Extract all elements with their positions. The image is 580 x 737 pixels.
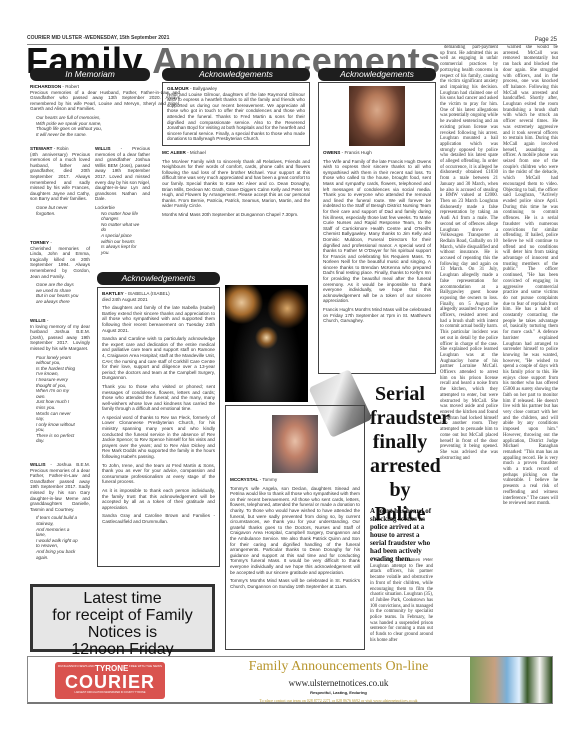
notice-torney: TORNEY -Cherished memories of Linda, Joh… xyxy=(30,240,90,305)
news-standfirst: A court has heard of shocking scenes as … xyxy=(370,507,433,563)
acknowledgements-heading-2: Acknowledgements xyxy=(97,272,220,285)
page-number: Page 25 xyxy=(535,37,557,43)
banner-photo xyxy=(470,657,552,703)
candle-photo xyxy=(225,285,308,402)
poem: Our hearts are full of memories,With pri… xyxy=(30,115,180,137)
notice-gilmour: GILMOUR - BallygawleyHeidi and Louise Gi… xyxy=(162,82,310,146)
acknowledgements-heading-3: Acknowledgements xyxy=(318,68,436,81)
notice-bartley: BARTLEY - ISABELLA (ISABEL) died 24th Au… xyxy=(97,287,220,567)
notice-mcaleer: MC ALEER - Michael The McAleer Family wi… xyxy=(162,150,310,221)
notice-owens: OWENS - Francis Hugh The Wife and Family… xyxy=(318,82,436,374)
news-column-1: Not only did Damien Peter Loughran attem… xyxy=(370,558,433,648)
banner-title: Family Announcements On-line xyxy=(196,659,481,675)
banner-slogan: Respectful, Lasting, Enduring xyxy=(196,690,481,695)
notice-willis-1: WILLIS - Precious memories of a dear fat… xyxy=(95,146,150,255)
notice-willis-2: WILLIS -In loving memory of my dear husb… xyxy=(30,318,90,444)
deadline-notice: Latest time for receipt of Family Notice… xyxy=(30,584,215,652)
banner-contact: To place contact our team on 028 8772 22… xyxy=(196,698,481,703)
in-memoriam-heading: In Memoriam xyxy=(30,68,150,81)
owens-photo xyxy=(349,86,405,146)
notice-willis-3: WILLIS - Joshua B.E.M. Precious memories… xyxy=(30,462,90,560)
mccrystal-photo xyxy=(272,415,318,473)
notice-stewart: STEWART - Robin(4th anniversary) Preciou… xyxy=(30,146,90,216)
notice-richardson: RICHARDSON - RobertPrecious memories of … xyxy=(30,84,180,137)
notice-mccrystal: MCCRYSTAL - Tommy Tommy's wife Angela, s… xyxy=(225,405,365,650)
news-headline: Serial fraudster finally arrested by Pol… xyxy=(370,382,430,526)
banner-url[interactable]: www.ulsternetnotices.co.uk xyxy=(196,678,481,688)
news-column-3: warned she would be arrested. McCall was… xyxy=(503,45,558,650)
news-column-2: demanding part-payment up front. He admi… xyxy=(440,45,498,650)
online-notices-banner: DUNGANNON NEWS AND TYRONE FREE WITH THE … xyxy=(27,656,553,704)
tyrone-courier-logo[interactable]: DUNGANNON NEWS AND TYRONE FREE WITH THE … xyxy=(55,662,165,699)
acknowledgements-heading-1: Acknowledgements xyxy=(162,68,310,81)
